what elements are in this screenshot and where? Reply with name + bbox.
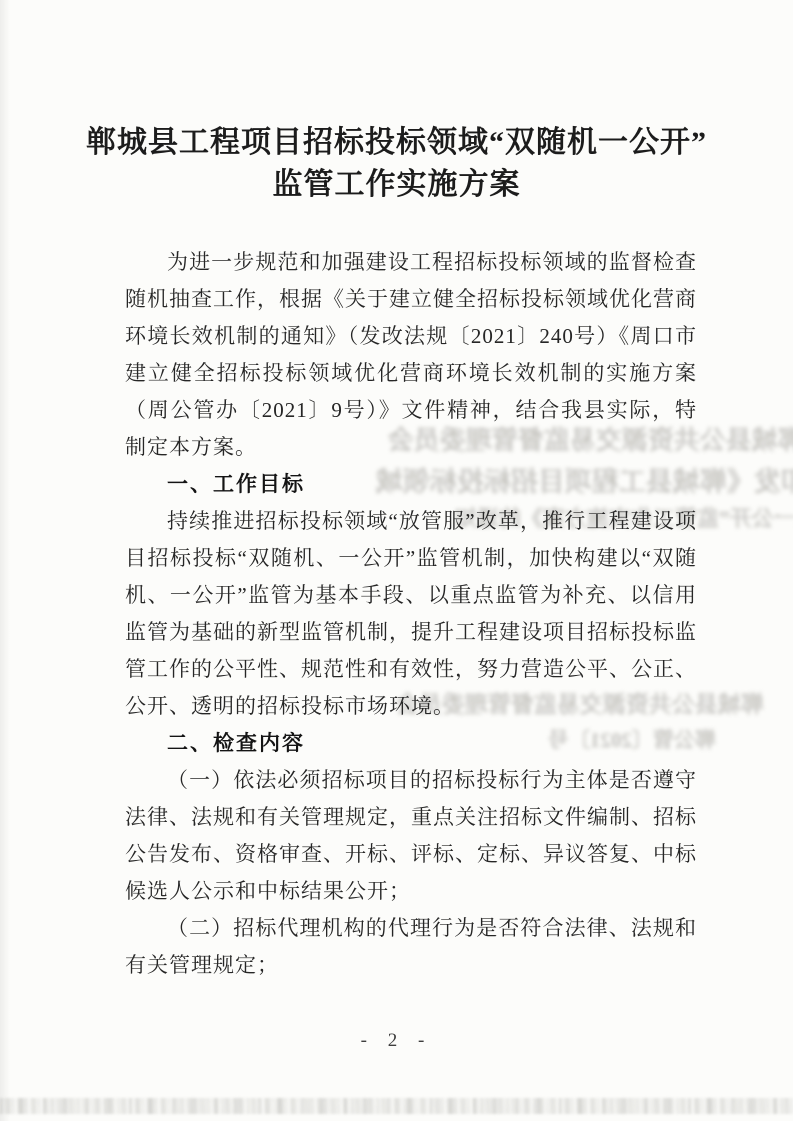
document-body: 为进一步规范和加强建设工程招标投标领域的监督检查随机抽查工作，根据《关于建立健全… [125, 244, 697, 984]
page-number: - 2 - [0, 1030, 793, 1052]
document-title-line1: 郸城县工程项目招标投标领域“双随机一公开” [0, 122, 793, 164]
paragraph-inspection-item-1: （一）依法必须招标项目的招标投标行为主体是否遵守法律、法规和有关管理规定，重点关… [125, 762, 697, 910]
document-title: 郸城县工程项目招标投标领域“双随机一公开” 监管工作实施方案 [0, 122, 793, 206]
scan-noise-strip [0, 1098, 793, 1114]
document-title-line2: 监管工作实施方案 [0, 164, 793, 206]
paragraph-work-goals: 持续推进招标投标领域“放管服”改革，推行工程建设项目招标投标“双随机、一公开”监… [125, 503, 697, 725]
paragraph-intro: 为进一步规范和加强建设工程招标投标领域的监督检查随机抽查工作，根据《关于建立健全… [125, 244, 697, 466]
section-heading-work-goals: 一、工作目标 [125, 466, 697, 503]
scanned-page: 郸城县公共资源交易监督管理委员会 关于印发《郸城县工程项目招标投标领域 “双随机… [0, 0, 793, 1121]
section-heading-inspection-content: 二、检查内容 [125, 725, 697, 762]
paragraph-inspection-item-2: （二）招标代理机构的代理行为是否符合法律、法规和有关管理规定； [125, 910, 697, 984]
